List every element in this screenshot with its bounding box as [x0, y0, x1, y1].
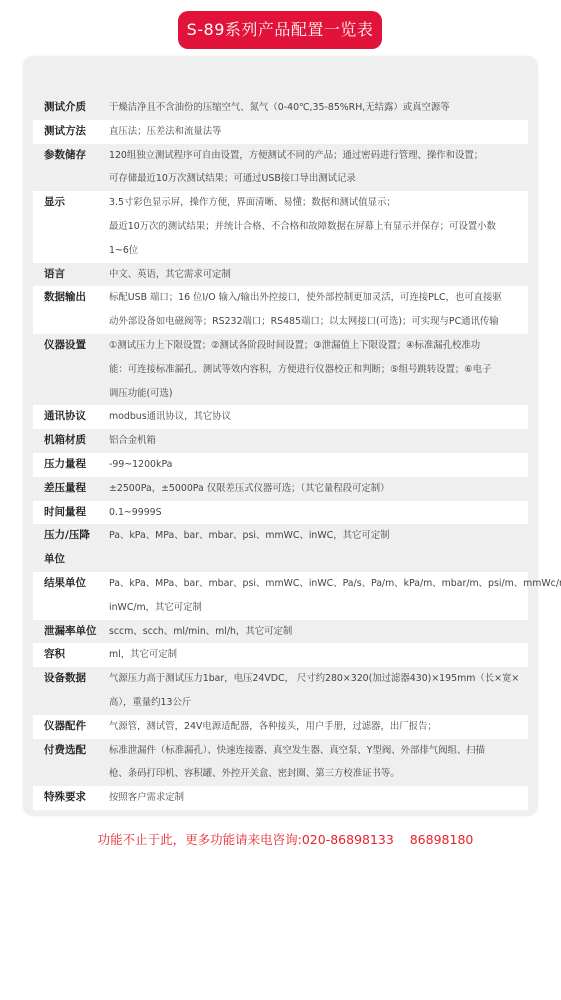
spec-row: 付费选配标准泄漏件（标准漏孔）、快速连接器、真空发生器、真空泵、Y型阀、外部排气…: [33, 739, 528, 787]
spec-value: ①测试压力上下限设置；②测试各阶段时间设置；③泄漏值上下限设置；④标准漏孔校准功…: [109, 334, 528, 405]
spec-label: 结果单位: [33, 572, 109, 620]
spec-value-line: 气源管，测试管，24V电源适配器，各种接头，用户手册，过滤器，出厂报告；: [109, 715, 522, 739]
spec-row: 特殊要求按照客户需求定制: [33, 786, 528, 810]
spec-value: 气源压力高于测试压力1bar，电压24VDC， 尺寸约280×320(加过滤器4…: [109, 667, 528, 715]
spec-value: 标准泄漏件（标准漏孔）、快速连接器、真空发生器、真空泵、Y型阀、外部排气阀组、扫…: [109, 739, 528, 787]
spec-value-line: [109, 548, 522, 572]
spec-label: 测试介质: [33, 96, 109, 120]
spec-value-line: 标准泄漏件（标准漏孔）、快速连接器、真空发生器、真空泵、Y型阀、外部排气阀组、扫…: [109, 739, 522, 763]
spec-label: 参数储存: [33, 144, 109, 192]
spec-value-line: 标配USB 端口；16 位I/O 输入/输出外控接口，使外部控制更加灵活，可连接…: [109, 286, 522, 310]
spec-label: 通讯协议: [33, 405, 109, 429]
spec-value-line: 3.5寸彩色显示屏，操作方便，界面清晰、易懂；数据和测试值显示；: [109, 191, 522, 215]
spec-value-line: 0.1~9999S: [109, 501, 522, 525]
spec-value-line: 干燥洁净且不含油份的压缩空气、氮气（0-40℃,35-85%RH,无结露）或真空…: [109, 96, 522, 120]
spec-label: 时间量程: [33, 501, 109, 525]
spec-value-line: ①测试压力上下限设置；②测试各阶段时间设置；③泄漏值上下限设置；④标准漏孔校准功: [109, 334, 522, 358]
spec-value-line: 铝合金机箱: [109, 429, 522, 453]
spec-value: -99~1200kPa: [109, 453, 528, 477]
spec-value: 中文、英语，其它需求可定制: [109, 263, 528, 287]
spec-value-line: 120组独立测试程序可自由设置，方便测试不同的产品；通过密码进行管理、操作和设置…: [109, 144, 522, 168]
spec-row: 语言中文、英语，其它需求可定制: [33, 263, 528, 287]
spec-value-line: 能：可连接标准漏孔、测试等效内容积，方便进行仪器校正和判断；⑤组号跳转设置；⑥电…: [109, 358, 522, 382]
spec-value-line: 可存储最近10万次测试结果；可通过USB接口导出测试记录: [109, 167, 522, 191]
spec-value-line: 最近10万次的测试结果；并统计合格、不合格和故障数据在屏幕上有显示并保存；可设置…: [109, 215, 522, 239]
contact-note: 功能不止于此，更多功能请来电咨询:020-86898133 86898180: [0, 830, 561, 850]
spec-value: ±2500Pa，±5000Pa 仅限差压式仪器可选；（其它量程段可定制）: [109, 477, 528, 501]
spec-label: 容积: [33, 643, 109, 667]
spec-value: 标配USB 端口；16 位I/O 输入/输出外控接口，使外部控制更加灵活，可连接…: [109, 286, 528, 334]
spec-value-line: 1~6位: [109, 239, 522, 263]
spec-value: 120组独立测试程序可自由设置，方便测试不同的产品；通过密码进行管理、操作和设置…: [109, 144, 528, 192]
spec-label: 机箱材质: [33, 429, 109, 453]
spec-value-line: 枪、条码打印机、容积罐、外控开关盒、密封圈、第三方校准证书等。: [109, 762, 522, 786]
spec-row: 泄漏率单位sccm、scch、ml/min、ml/h，其它可定制: [33, 620, 528, 644]
spec-table: 测试介质干燥洁净且不含油份的压缩空气、氮气（0-40℃,35-85%RH,无结露…: [23, 56, 538, 816]
spec-label: 测试方法: [33, 120, 109, 144]
spec-value: 3.5寸彩色显示屏，操作方便，界面清晰、易懂；数据和测试值显示；最近10万次的测…: [109, 191, 528, 262]
spec-label: 语言: [33, 263, 109, 287]
spec-row: 设备数据气源压力高于测试压力1bar，电压24VDC， 尺寸约280×320(加…: [33, 667, 528, 715]
spec-row: 时间量程0.1~9999S: [33, 501, 528, 525]
spec-row: 压力量程-99~1200kPa: [33, 453, 528, 477]
spec-row: 仪器配件气源管，测试管，24V电源适配器，各种接头，用户手册，过滤器，出厂报告；: [33, 715, 528, 739]
spec-label: 数据输出: [33, 286, 109, 334]
spec-value-line: 直压法；压差法和流量法等: [109, 120, 522, 144]
spec-row: 显示3.5寸彩色显示屏，操作方便，界面清晰、易懂；数据和测试值显示；最近10万次…: [33, 191, 528, 262]
spec-value: 铝合金机箱: [109, 429, 528, 453]
spec-value-line: ±2500Pa，±5000Pa 仅限差压式仪器可选；（其它量程段可定制）: [109, 477, 522, 501]
spec-label: 差压量程: [33, 477, 109, 501]
spec-row: 测试介质干燥洁净且不含油份的压缩空气、氮气（0-40℃,35-85%RH,无结露…: [33, 96, 528, 120]
spec-value: Pa、kPa、MPa、bar、mbar、psi、mmWC、inWC、Pa/s、P…: [109, 572, 561, 620]
spec-row: 数据输出标配USB 端口；16 位I/O 输入/输出外控接口，使外部控制更加灵活…: [33, 286, 528, 334]
spec-value-line: 中文、英语，其它需求可定制: [109, 263, 522, 287]
spec-row: 仪器设置①测试压力上下限设置；②测试各阶段时间设置；③泄漏值上下限设置；④标准漏…: [33, 334, 528, 405]
spec-value-line: sccm、scch、ml/min、ml/h，其它可定制: [109, 620, 522, 644]
spec-row: 压力/压降 单位Pa、kPa、MPa、bar、mbar、psi、mmWC、inW…: [33, 524, 528, 572]
spec-value: modbus通讯协议，其它协议: [109, 405, 528, 429]
spec-value: ml，其它可定制: [109, 643, 528, 667]
spec-label: 显示: [33, 191, 109, 262]
spec-label: 仪器配件: [33, 715, 109, 739]
spec-label: 泄漏率单位: [33, 620, 109, 644]
spec-value-line: Pa、kPa、MPa、bar、mbar、psi、mmWC、inWC、Pa/s、P…: [109, 572, 561, 596]
spec-value: 气源管，测试管，24V电源适配器，各种接头，用户手册，过滤器，出厂报告；: [109, 715, 528, 739]
spec-row: 容积ml，其它可定制: [33, 643, 528, 667]
spec-value-line: Pa、kPa、MPa、bar、mbar、psi、mmWC、inWC，其它可定制: [109, 524, 522, 548]
spec-label: 付费选配: [33, 739, 109, 787]
page-title-badge: S-89系列产品配置一览表: [178, 11, 382, 49]
spec-value-line: inWC/m，其它可定制: [109, 596, 561, 620]
spec-value: 干燥洁净且不含油份的压缩空气、氮气（0-40℃,35-85%RH,无结露）或真空…: [109, 96, 528, 120]
spec-row: 测试方法直压法；压差法和流量法等: [33, 120, 528, 144]
spec-label: 设备数据: [33, 667, 109, 715]
spec-value-line: modbus通讯协议，其它协议: [109, 405, 522, 429]
spec-value-line: 按照客户需求定制: [109, 786, 522, 810]
spec-value-line: 高），重量约13公斤: [109, 691, 522, 715]
spec-value: sccm、scch、ml/min、ml/h，其它可定制: [109, 620, 528, 644]
spec-label: 压力/压降 单位: [33, 524, 109, 572]
spec-row: 通讯协议modbus通讯协议，其它协议: [33, 405, 528, 429]
spec-label: 压力量程: [33, 453, 109, 477]
spec-value: 0.1~9999S: [109, 501, 528, 525]
spec-value-line: 动外部设备如电磁阀等；RS232端口；RS485端口；以太网接口(可选)；可实现…: [109, 310, 522, 334]
spec-row: 结果单位Pa、kPa、MPa、bar、mbar、psi、mmWC、inWC、Pa…: [33, 572, 528, 620]
spec-value-line: 调压功能(可选): [109, 382, 522, 406]
spec-value: 按照客户需求定制: [109, 786, 528, 810]
spec-row: 参数储存120组独立测试程序可自由设置，方便测试不同的产品；通过密码进行管理、操…: [33, 144, 528, 192]
spec-value-line: 气源压力高于测试压力1bar，电压24VDC， 尺寸约280×320(加过滤器4…: [109, 667, 522, 691]
spec-value: Pa、kPa、MPa、bar、mbar、psi、mmWC、inWC，其它可定制: [109, 524, 528, 572]
spec-label: 特殊要求: [33, 786, 109, 810]
spec-row: 机箱材质铝合金机箱: [33, 429, 528, 453]
spec-row: 差压量程±2500Pa，±5000Pa 仅限差压式仪器可选；（其它量程段可定制）: [33, 477, 528, 501]
spec-value-line: ml，其它可定制: [109, 643, 522, 667]
spec-label: 仪器设置: [33, 334, 109, 405]
spec-value-line: -99~1200kPa: [109, 453, 522, 477]
spec-value: 直压法；压差法和流量法等: [109, 120, 528, 144]
